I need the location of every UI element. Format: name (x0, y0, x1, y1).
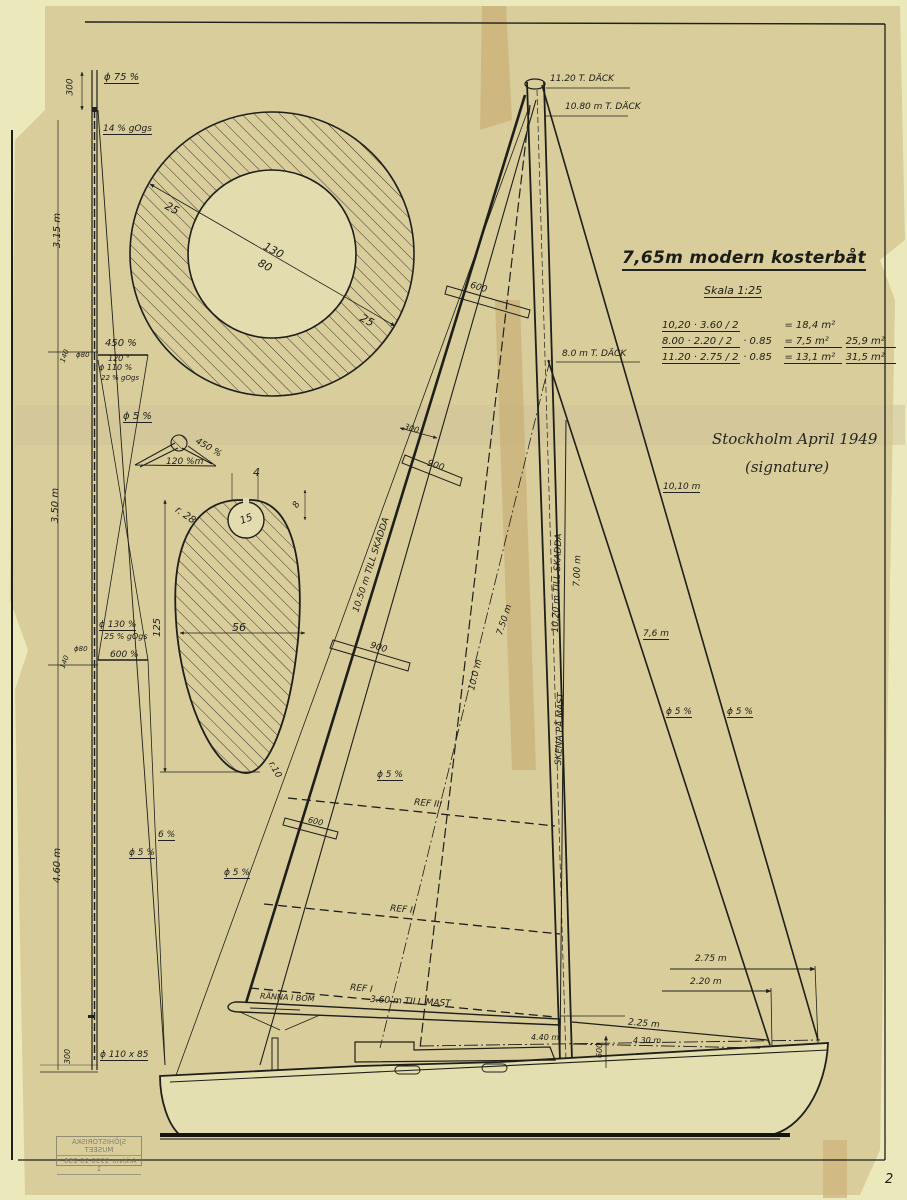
drawing-canvas (0, 0, 907, 1200)
inner-forestay-length: 7,6 m (643, 629, 669, 640)
sheet-number: 2 (885, 1172, 893, 1187)
stay-dia-1: ϕ 5 % (666, 707, 692, 718)
spreader-width: 120 %m (166, 457, 203, 467)
mast-stay-3: 6 % (158, 830, 175, 841)
deck-dim-2: 4.30 m (633, 1036, 661, 1045)
calc-row-2: 8.00 · 2.20 / 2 · 0.85 = 7,5 m² 25,9 m² (662, 336, 896, 348)
mast-spreader-1: 450 % (105, 338, 137, 349)
calc-row-3: 11.20 · 2.75 / 2 · 0.85 = 13,1 m² 31,5 m… (662, 352, 896, 364)
hounds-height: 10.80 m T. DÄCK (565, 102, 641, 112)
mast-top-dia: ϕ 75 % (104, 72, 139, 84)
signature-name: (signature) (745, 458, 829, 476)
mast-small-2b: ϕ80 (74, 645, 88, 653)
boom-depth: 125 (152, 618, 163, 637)
foretriangle-2-20: 2.20 m (690, 977, 722, 987)
mast-top-dim: 300 (66, 78, 76, 95)
mast-head-height: 11.20 T. DÄCK (550, 74, 614, 84)
stay-dia-2: ϕ 5 % (727, 707, 753, 718)
mast-segment-1: 3.15 m (52, 213, 63, 248)
technical-drawing-sheet: 7,65m modern kosterbåt Skala 1:25 10,20 … (0, 0, 907, 1200)
mast-spreader-2: 600 % (110, 650, 139, 660)
forestay-length: 10,10 m (663, 482, 700, 493)
reef-2: REF II (390, 904, 416, 916)
mast-dia-2: ϕ 130 % (99, 620, 136, 631)
mast-foot-height: 600 (595, 1043, 604, 1058)
mast-foot-dim: 300 (63, 1049, 72, 1064)
mast-spreader-1b: 120 ° (108, 354, 130, 363)
calc-row-1: 10,20 · 3.60 / 2 = 18,4 m² (662, 320, 842, 332)
mast-stay-1: ϕ 5 % (123, 411, 152, 423)
title-block: 7,65m modern kosterbåt Skala 1:25 10,20 … (622, 248, 866, 271)
reef-1: REF I (350, 983, 373, 995)
foretriangle-2-75: 2.75 m (695, 954, 727, 964)
drawing-title: 7,65m modern kosterbåt (622, 248, 866, 271)
jib-halyard-height: 8.0 m T. DÄCK (562, 349, 626, 359)
mast-stay-2: ϕ 5 % (129, 848, 155, 859)
archive-stamp: SJÖHISTORISKA MUSEET Arkivnr 1990-10-236… (56, 1136, 142, 1166)
mast-fitting-3: 25 % gOgs (104, 632, 148, 641)
mast-foot-dia: ϕ 110 x 85 (100, 1050, 148, 1061)
deck-dim-1: 4.40 m (531, 1033, 559, 1042)
drawing-scale: Skala 1:25 (704, 284, 762, 298)
mast-dia-1: ϕ 110 % (99, 363, 132, 372)
mast-small-1b: ϕ80 (76, 351, 90, 359)
luff-7m: 7.00 m (572, 555, 583, 587)
mast-fitting-2: 22 % gOgs (101, 374, 139, 382)
boom-slot: 4 (253, 466, 260, 479)
stay-dia-4: ϕ 5 % (224, 868, 250, 879)
stay-dia-3: ϕ 5 % (377, 770, 403, 781)
signature-place-date: Stockholm April 1949 (712, 430, 877, 448)
mast-segment-3: 4.60 m (52, 848, 63, 883)
mast-fitting-1: 14 % gOgs (103, 124, 152, 135)
boom-width: 56 (232, 621, 246, 634)
mast-segment-2: 3.50 m (50, 488, 61, 523)
